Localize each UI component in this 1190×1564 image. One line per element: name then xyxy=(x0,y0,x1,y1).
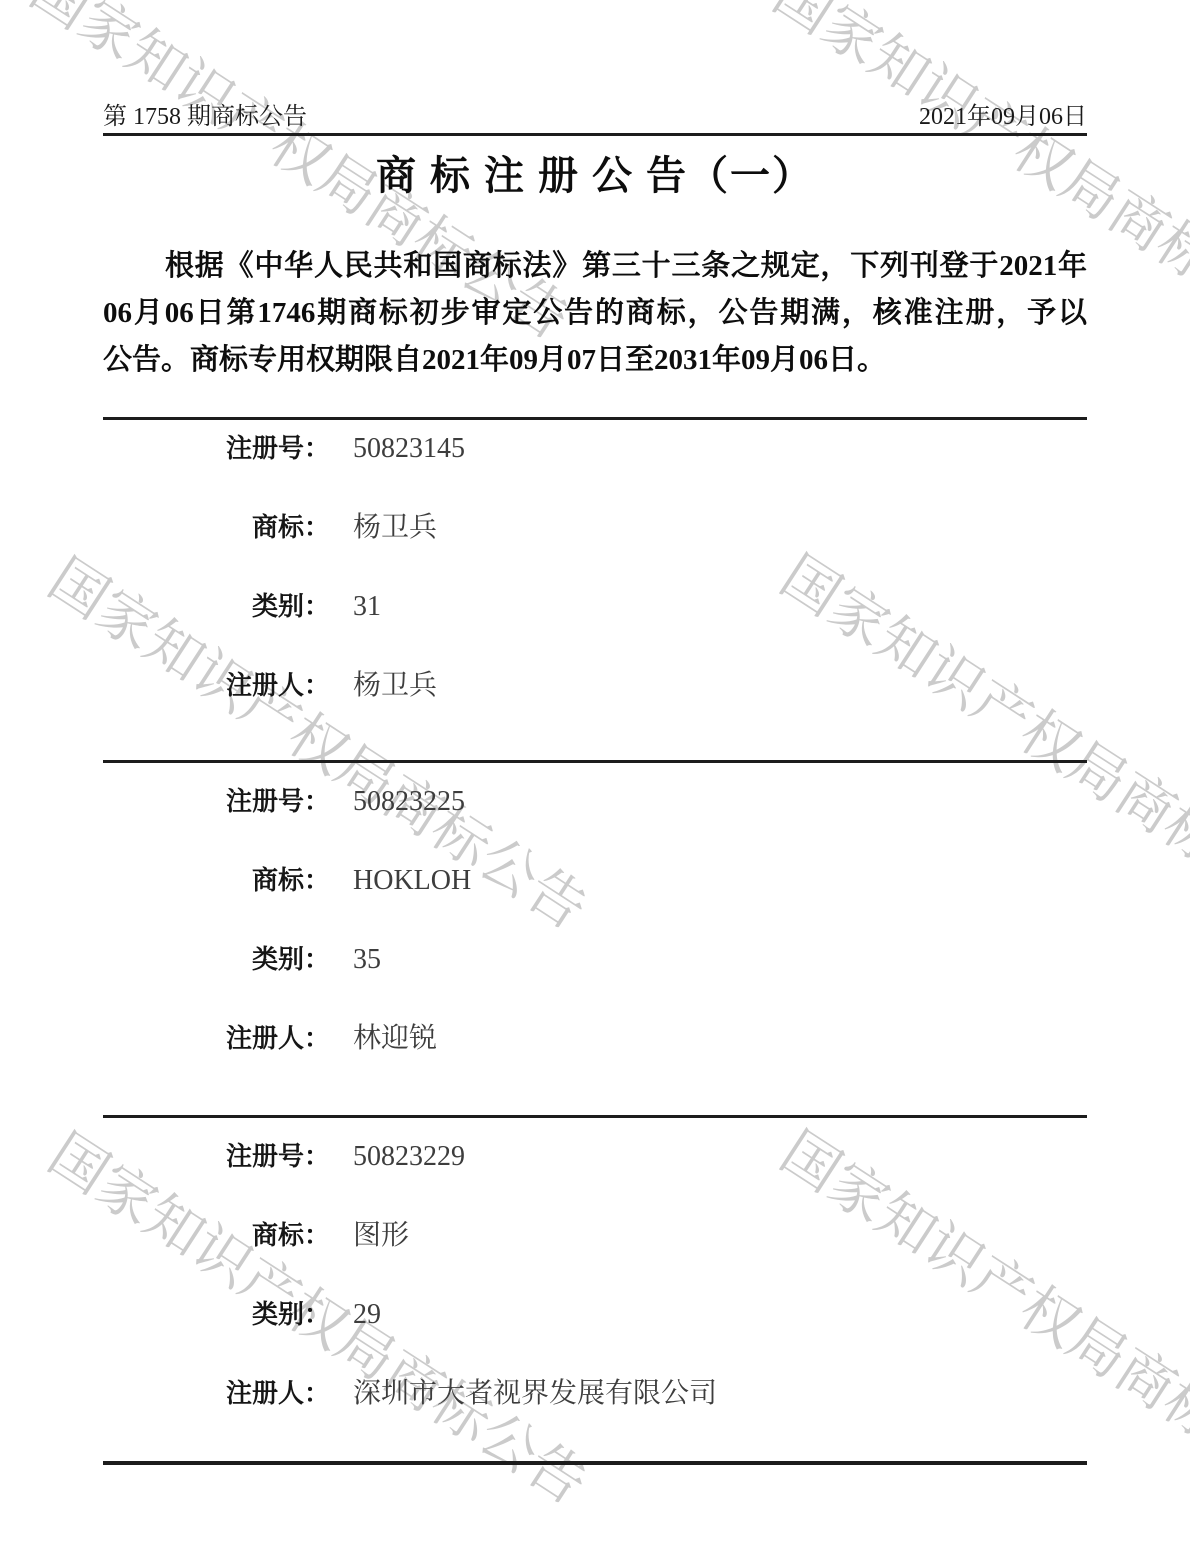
field-label-trademark: 商标： xyxy=(103,867,330,893)
intro-line-2: 06月06日第1746期商标初步审定公告的商标，公告期满，核准注册，予以 xyxy=(103,290,1087,337)
page-title: 商 标 注 册 公 告（一） xyxy=(103,144,1087,201)
field-value-category: 35 xyxy=(353,947,381,973)
field-value-category: 31 xyxy=(353,594,381,620)
trademark-record: 注册号： 50823145 商标： 杨卫兵 类别： 31 注册人： 杨卫兵 xyxy=(103,435,1087,751)
record-divider-2 xyxy=(103,760,1087,763)
record-divider-3 xyxy=(103,1115,1087,1118)
field-value-trademark: 杨卫兵 xyxy=(353,515,437,541)
record-divider-final xyxy=(103,1461,1087,1465)
field-value-registrant: 杨卫兵 xyxy=(353,673,437,699)
field-label-reg-no: 注册号： xyxy=(103,435,330,461)
record-row-registrant: 注册人： 林迎锐 xyxy=(103,1025,1087,1051)
trademark-record: 注册号： 50823229 商标： 图形 类别： 29 注册人： 深圳市大者视界… xyxy=(103,1143,1087,1459)
record-row-category: 类别： 29 xyxy=(103,1301,1087,1327)
record-row-reg-no: 注册号： 50823145 xyxy=(103,435,1087,461)
journal-issue-label: 第 1758 期商标公告 xyxy=(103,96,307,131)
record-row-trademark: 商标： 杨卫兵 xyxy=(103,514,1087,540)
trademark-record: 注册号： 50823225 商标： HOKLOH 类别： 35 注册人： 林迎锐 xyxy=(103,788,1087,1104)
record-row-registrant: 注册人： 杨卫兵 xyxy=(103,672,1087,698)
header-rule xyxy=(103,133,1087,136)
record-row-category: 类别： 35 xyxy=(103,946,1087,972)
field-label-reg-no: 注册号： xyxy=(103,788,330,814)
field-value-category: 29 xyxy=(353,1302,381,1328)
record-row-registrant: 注册人： 深圳市大者视界发展有限公司 xyxy=(103,1380,1087,1406)
intro-paragraph: 根据《中华人民共和国商标法》第三十三条之规定，下列刊登于2021年 06月06日… xyxy=(103,243,1087,384)
field-label-registrant: 注册人： xyxy=(103,1380,330,1406)
field-label-trademark: 商标： xyxy=(103,514,330,540)
field-value-registrant: 深圳市大者视界发展有限公司 xyxy=(353,1381,717,1407)
field-label-registrant: 注册人： xyxy=(103,672,330,698)
record-row-reg-no: 注册号： 50823225 xyxy=(103,788,1087,814)
field-value-reg-no: 50823145 xyxy=(353,436,465,462)
intro-line-3: 公告。商标专用权期限自2021年09月07日至2031年09月06日。 xyxy=(103,337,1087,384)
field-value-reg-no: 50823225 xyxy=(353,789,465,815)
field-label-trademark: 商标： xyxy=(103,1222,330,1248)
record-row-reg-no: 注册号： 50823229 xyxy=(103,1143,1087,1169)
field-label-registrant: 注册人： xyxy=(103,1025,330,1051)
record-row-trademark: 商标： 图形 xyxy=(103,1222,1087,1248)
record-divider-1 xyxy=(103,417,1087,420)
intro-line-1: 根据《中华人民共和国商标法》第三十三条之规定，下列刊登于2021年 xyxy=(103,243,1087,290)
field-label-category: 类别： xyxy=(103,1301,330,1327)
field-value-trademark: 图形 xyxy=(353,1223,409,1249)
gazette-page: 第 1758 期商标公告 2021年09月06日 商 标 注 册 公 告（一） … xyxy=(0,0,1190,1564)
journal-date-label: 2021年09月06日 xyxy=(919,96,1087,131)
record-row-trademark: 商标： HOKLOH xyxy=(103,867,1087,893)
field-value-reg-no: 50823229 xyxy=(353,1144,465,1170)
field-label-category: 类别： xyxy=(103,946,330,972)
field-value-trademark: HOKLOH xyxy=(353,868,471,894)
field-value-registrant: 林迎锐 xyxy=(353,1026,437,1052)
field-label-category: 类别： xyxy=(103,593,330,619)
record-row-category: 类别： 31 xyxy=(103,593,1087,619)
field-label-reg-no: 注册号： xyxy=(103,1143,330,1169)
